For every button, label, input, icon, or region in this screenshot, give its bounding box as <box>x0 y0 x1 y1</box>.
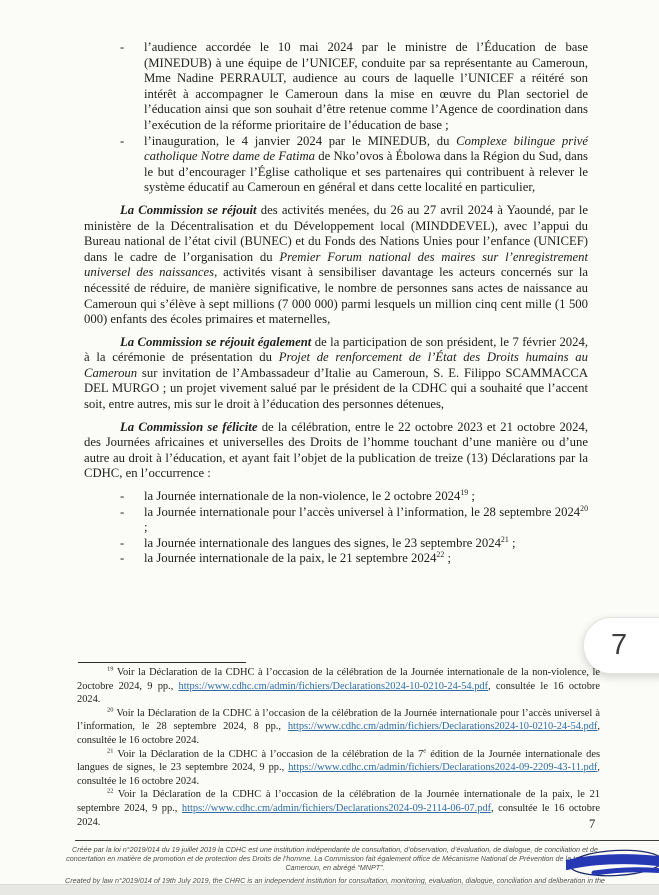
footnote: 19 Voir la Déclaration de la CDHC à l’oc… <box>77 666 600 707</box>
footnote-link[interactable]: https://www.cdhc.cm/admin/fichiers/Decla… <box>182 803 491 814</box>
text-run: La Commission se félicite <box>120 420 257 434</box>
text-run: l’inauguration, le 4 janvier 2024 par le… <box>144 134 456 148</box>
document-body: -l’audience accordée le 10 mai 2024 par … <box>84 40 588 567</box>
page-bottom-edge <box>0 884 659 895</box>
item-text: la Journée internationale de la paix, le… <box>144 551 588 567</box>
footnote-link[interactable]: https://www.cdhc.cm/admin/fichiers/Decla… <box>288 721 598 732</box>
item-text: l’audience accordée le 10 mai 2024 par l… <box>144 40 588 134</box>
text-run: la Journée internationale des langues de… <box>144 536 501 550</box>
paragraph: La Commission se réjouit des activités m… <box>84 203 588 328</box>
text-run: la Journée internationale pour l’accès u… <box>144 505 580 519</box>
bullet-item: -l’audience accordée le 10 mai 2024 par … <box>84 40 588 134</box>
text-run: ; <box>468 489 475 503</box>
item-text: la Journée internationale des langues de… <box>144 536 588 552</box>
text-run: l’audience accordée le 10 mai 2024 par l… <box>144 40 588 132</box>
text-run: la Journée internationale de la paix, le… <box>144 551 436 565</box>
item-text: la Journée internationale pour l’accès u… <box>144 505 588 536</box>
text-run: Voir la Déclaration de la CDHC à l’occas… <box>113 749 423 760</box>
text-run: ; <box>509 536 516 550</box>
superscript-ref: 20 <box>580 503 588 512</box>
item-text: l’inauguration, le 4 janvier 2024 par le… <box>144 134 588 196</box>
footnote-link[interactable]: https://www.cdhc.cm/admin/fichiers/Decla… <box>288 762 597 773</box>
text-run: La Commission se réjouit <box>120 203 257 217</box>
text-run: La Commission se réjouit également <box>120 335 311 349</box>
text-run: ; <box>444 551 451 565</box>
paragraph: La Commission se félicite de la célébrat… <box>84 420 588 482</box>
text-run: sur invitation de l’Ambassadeur d’Italie… <box>84 366 588 411</box>
bullet-item: -l’inauguration, le 4 janvier 2024 par l… <box>84 134 588 196</box>
footer-rule <box>75 840 659 841</box>
footnote-link[interactable]: https://www.cdhc.cm/admin/fichiers/Decla… <box>179 681 489 692</box>
footer-text-fr: Créée par la loi n°2019/014 du 19 juille… <box>55 845 615 873</box>
footnote-separator <box>78 662 246 663</box>
list-item: -la Journée internationale de la paix, l… <box>84 551 588 567</box>
footnote: 20 Voir la Déclaration de la CDHC à l’oc… <box>77 707 600 748</box>
footnote: 22 Voir la Déclaration de la CDHC à l’oc… <box>77 788 600 829</box>
dash-marker: - <box>120 489 144 505</box>
dash-marker: - <box>120 536 144 552</box>
document-page: -l’audience accordée le 10 mai 2024 par … <box>0 0 659 895</box>
dash-marker: - <box>120 134 144 196</box>
footnote: 21 Voir la Déclaration de la CDHC à l’oc… <box>77 748 600 789</box>
paragraph: La Commission se réjouit également de la… <box>84 335 588 413</box>
page-number: 7 <box>589 817 595 832</box>
dash-marker: - <box>120 40 144 134</box>
dash-marker: - <box>120 551 144 567</box>
superscript-ref: 21 <box>501 535 509 544</box>
dash-marker: - <box>120 505 144 536</box>
list-item: -la Journée internationale de la non-vio… <box>84 489 588 505</box>
text-run: ; <box>144 520 148 534</box>
page-number-badge-label: 7 <box>611 629 627 662</box>
footnotes-block: 19 Voir la Déclaration de la CDHC à l’oc… <box>77 666 600 829</box>
list-item: -la Journée internationale pour l’accès … <box>84 505 588 536</box>
list-item: -la Journée internationale des langues d… <box>84 536 588 552</box>
text-run: la Journée internationale de la non-viol… <box>144 489 460 503</box>
item-text: la Journée internationale de la non-viol… <box>144 489 588 505</box>
